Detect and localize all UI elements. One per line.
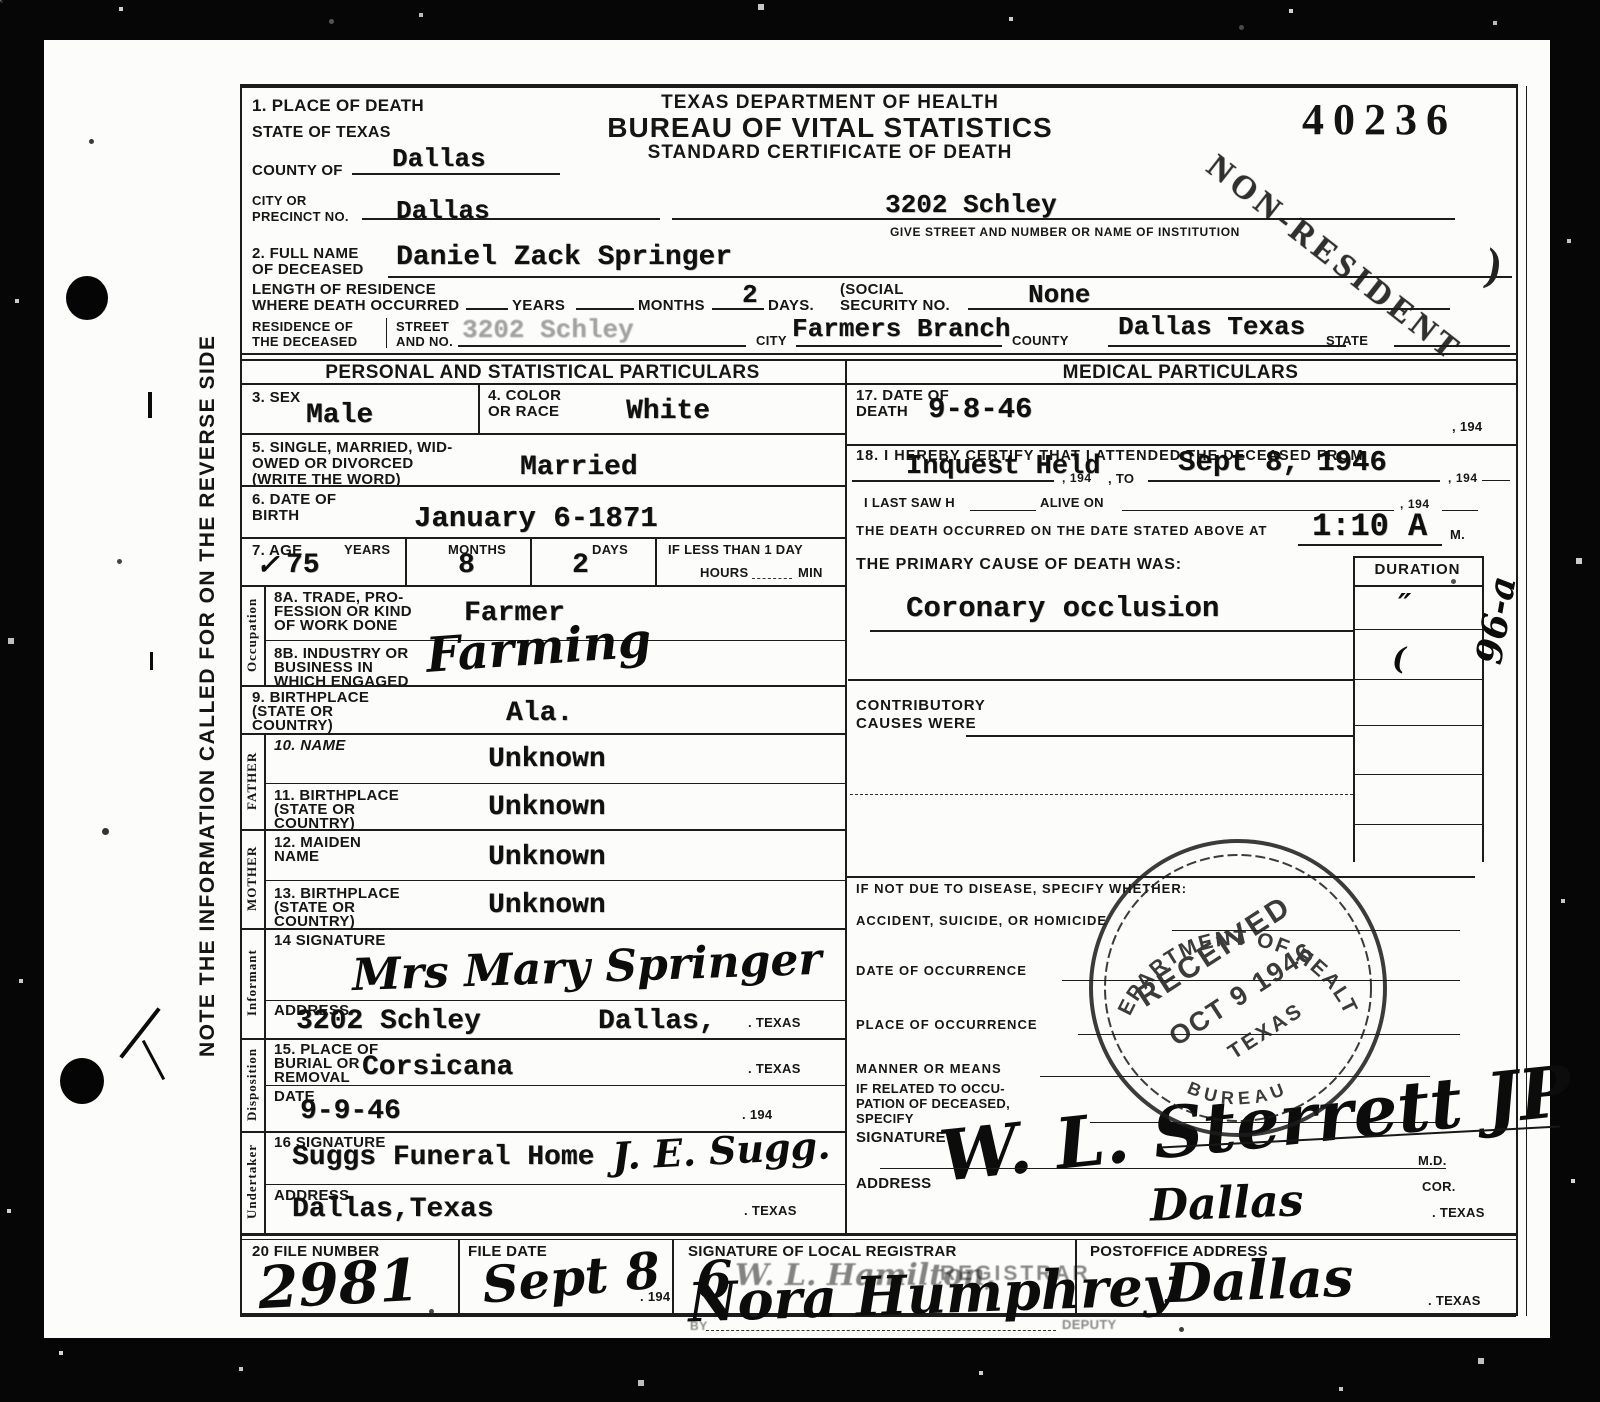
dod-value: 9-8-46 bbox=[928, 393, 1032, 426]
res-state-label: STATE bbox=[1326, 334, 1368, 349]
days-label: DAYS. bbox=[768, 298, 814, 315]
informant-texas-label: . TEXAS bbox=[748, 1016, 801, 1031]
months-label: MONTHS bbox=[638, 298, 705, 315]
physician-address-value: Dallas bbox=[1149, 1175, 1304, 1231]
registrar-by-label: BY bbox=[690, 1320, 708, 1333]
hours-label: HOURS bbox=[700, 566, 748, 581]
death-occurred-label: THE DEATH OCCURRED ON THE DATE STATED AB… bbox=[856, 524, 1267, 539]
residence-length-label-2: WHERE DEATH OCCURRED bbox=[252, 298, 459, 315]
informant-signature-label: 14 SIGNATURE bbox=[274, 933, 386, 950]
city-label-1: CITY OR bbox=[252, 194, 307, 209]
death-time-value: 1:10 A bbox=[1312, 508, 1427, 545]
dob-value: January 6-1871 bbox=[414, 502, 658, 535]
cor-label: COR. bbox=[1422, 1180, 1456, 1195]
registrar-deputy-label: DEPUTY bbox=[1062, 1318, 1117, 1333]
scan-noise-dark bbox=[0, 0, 3, 3]
trade-label-3: OF WORK DONE bbox=[274, 618, 398, 635]
occupation-side-label: Occupation bbox=[240, 585, 264, 685]
dept-title-2: BUREAU OF VITAL STATISTICS bbox=[540, 112, 1120, 143]
stamp-arc-bottom: BUREAU bbox=[1185, 1078, 1292, 1109]
street-no-label-2: AND NO. bbox=[396, 335, 453, 350]
date-occurrence-label: DATE OF OCCURRENCE bbox=[856, 964, 1027, 979]
related-label-3: SPECIFY bbox=[856, 1112, 914, 1127]
contributory-label-2: CAUSES WERE bbox=[856, 716, 976, 733]
city-value: Dallas bbox=[396, 196, 490, 226]
res-city-value: Farmers Branch bbox=[792, 314, 1010, 344]
undertaker-address-value: Dallas,Texas bbox=[292, 1194, 494, 1225]
residence-of-label-2: THE DECEASED bbox=[252, 335, 357, 350]
disposition-side-label: Disposition bbox=[240, 1038, 264, 1131]
mother-name-value: Unknown bbox=[488, 842, 606, 873]
certify-to-label: , TO bbox=[1108, 472, 1134, 487]
age-months-value: 8 bbox=[458, 550, 475, 581]
accident-label: ACCIDENT, SUICIDE, OR HOMICIDE bbox=[856, 914, 1107, 929]
death-certificate-scan: NOTE THE INFORMATION CALLED FOR ON THE R… bbox=[0, 0, 1600, 1402]
duration-mark-2: ( bbox=[1392, 642, 1406, 677]
contributory-label-1: CONTRIBUTORY bbox=[856, 698, 986, 715]
certificate-number: 40236 bbox=[1302, 94, 1457, 145]
father-name-value: Unknown bbox=[488, 744, 606, 775]
father-bp-value: Unknown bbox=[488, 792, 606, 823]
file-date-194-label: . 194 bbox=[640, 1290, 670, 1305]
informant-side-label: Informant bbox=[240, 928, 264, 1038]
certify-to-value: Sept 8, 1946 bbox=[1178, 446, 1387, 479]
county-value: Dallas bbox=[392, 144, 486, 174]
dept-title-3: STANDARD CERTIFICATE OF DEATH bbox=[560, 142, 1100, 163]
primary-cause-label: THE PRIMARY CAUSE OF DEATH WAS: bbox=[856, 556, 1182, 574]
fullname-value: Daniel Zack Springer bbox=[396, 242, 732, 273]
svg-text:BUREAU: BUREAU bbox=[1185, 1078, 1292, 1109]
res-city-label: CITY bbox=[756, 334, 787, 349]
ssn-value: None bbox=[1028, 280, 1090, 310]
informant-address-city: Dallas, bbox=[598, 1006, 716, 1037]
father-side-label: FATHER bbox=[240, 733, 264, 829]
lastsaw-label-1: I LAST SAW H bbox=[864, 496, 955, 511]
physician-address-label: ADDRESS bbox=[856, 1176, 931, 1193]
dod-194-label: , 194 bbox=[1452, 420, 1482, 435]
undertaker-texas-label: . TEXAS bbox=[744, 1204, 797, 1219]
residence-street-faded-value: 3202 Schley bbox=[462, 315, 634, 345]
place-occurrence-label: PLACE OF OCCURRENCE bbox=[856, 1018, 1038, 1033]
city-label-2: PRECINCT NO. bbox=[252, 210, 349, 225]
column-divider bbox=[845, 359, 847, 1233]
place-of-death-label: 1. PLACE OF DEATH bbox=[252, 96, 424, 115]
county-of-label: COUNTY OF bbox=[252, 163, 343, 180]
age-years-value: 75 bbox=[286, 550, 320, 581]
res-county-value: Dallas Texas bbox=[1118, 312, 1305, 342]
mother-bp-value: Unknown bbox=[488, 890, 606, 921]
age-days-value: 2 bbox=[572, 550, 589, 581]
md-label: M.D. bbox=[1418, 1154, 1447, 1169]
min-label: MIN bbox=[798, 566, 823, 581]
dob-label-2: BIRTH bbox=[252, 508, 299, 525]
reverse-side-note: NOTE THE INFORMATION CALLED FOR ON THE R… bbox=[188, 322, 228, 1070]
received-stamp: DEPARTMENT OF HEALTH BUREAU RECEIVED OCT… bbox=[1082, 832, 1394, 1144]
personal-section-title: PERSONAL AND STATISTICAL PARTICULARS bbox=[240, 362, 845, 383]
father-name-label: 10. NAME bbox=[274, 738, 346, 755]
physician-texas-label: . TEXAS bbox=[1432, 1206, 1485, 1221]
certify-194a-label: , 194 bbox=[1062, 472, 1092, 485]
dept-title-1: TEXAS DEPARTMENT OF HEALTH bbox=[560, 92, 1100, 113]
street-hint-label: GIVE STREET AND NUMBER OR NAME OF INSTIT… bbox=[890, 226, 1240, 239]
edge-mark bbox=[150, 652, 153, 670]
ssn-label-2: SECURITY NO. bbox=[840, 298, 950, 315]
burial-date-194-label: . 194 bbox=[742, 1108, 772, 1123]
fullname-label-2: OF DECEASED bbox=[252, 262, 364, 279]
years-label: YEARS bbox=[512, 298, 565, 315]
color-label-2: OR RACE bbox=[488, 404, 559, 421]
postoffice-texas-label: . TEXAS bbox=[1428, 1294, 1481, 1309]
sex-label: 3. SEX bbox=[252, 390, 301, 407]
less-than-day-label: IF LESS THAN 1 DAY bbox=[668, 543, 803, 558]
dod-label-2: DEATH bbox=[856, 404, 908, 421]
cause-of-death-value: Coronary occlusion bbox=[906, 592, 1219, 625]
burial-date-value: 9-9-46 bbox=[300, 1096, 401, 1127]
certify-194b-label: , 194 bbox=[1448, 472, 1478, 485]
birthplace-value: Ala. bbox=[506, 698, 573, 729]
mother-name-label-2: NAME bbox=[274, 849, 319, 866]
undertaker-signature-value: Suggs Funeral Home bbox=[292, 1142, 594, 1173]
hole-punch-bottom bbox=[60, 1058, 104, 1104]
duration-label: DURATION bbox=[1353, 562, 1482, 579]
lastsaw-label-2: ALIVE ON bbox=[1040, 496, 1104, 511]
age-years-label: YEARS bbox=[344, 543, 390, 558]
form-border-top bbox=[240, 84, 1518, 88]
hole-punch-top bbox=[66, 276, 108, 320]
burial-texas-label: . TEXAS bbox=[748, 1062, 801, 1077]
res-county-label: COUNTY bbox=[1012, 334, 1069, 349]
medical-section-title: MEDICAL PARTICULARS bbox=[845, 362, 1516, 383]
street-no-label-1: STREET bbox=[396, 320, 449, 335]
related-label-1: IF RELATED TO OCCU- bbox=[856, 1082, 1005, 1097]
edge-mark bbox=[148, 392, 152, 418]
physician-signature-label: SIGNATURE bbox=[856, 1130, 946, 1147]
state-of-texas-label: STATE OF TEXAS bbox=[252, 124, 391, 142]
mother-side-label: MOTHER bbox=[240, 829, 264, 928]
age-months-label: MONTHS bbox=[448, 543, 506, 558]
time-m-label: M. bbox=[1450, 528, 1465, 543]
age-checkmark: ✓ bbox=[256, 548, 279, 581]
color-value: White bbox=[626, 396, 710, 427]
postoffice-value: Dallas bbox=[1164, 1245, 1354, 1316]
duration-mark-1: ″ bbox=[1398, 588, 1411, 623]
undertaker-side-label: Undertaker bbox=[240, 1131, 264, 1233]
residence-of-label-1: RESIDENCE OF bbox=[252, 320, 353, 335]
manner-means-label: MANNER OR MEANS bbox=[856, 1062, 1002, 1077]
street-value: 3202 Schley bbox=[885, 190, 1057, 220]
marital-value: Married bbox=[520, 452, 638, 483]
burial-value: Corsicana bbox=[362, 1052, 513, 1083]
age-days-label: DAYS bbox=[592, 543, 628, 558]
sex-value: Male bbox=[306, 400, 373, 431]
residence-days-value: 2 bbox=[742, 280, 758, 310]
informant-address-street: 3202 Schley bbox=[296, 1006, 481, 1037]
file-number-value: 2981 bbox=[256, 1246, 421, 1322]
